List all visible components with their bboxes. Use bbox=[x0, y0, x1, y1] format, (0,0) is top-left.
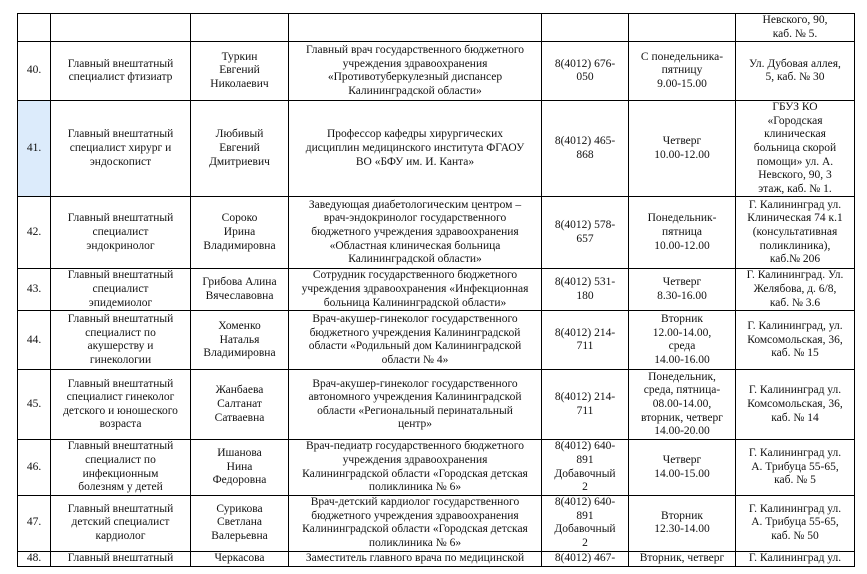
cell-name[interactable]: Грибова Алина Вячеславовна bbox=[191, 269, 289, 311]
cell-workplace[interactable] bbox=[289, 14, 542, 42]
cell-position[interactable]: Главный внештатный bbox=[51, 551, 191, 566]
cell-number[interactable] bbox=[18, 14, 51, 42]
cell-phone[interactable]: 8(4012) 640- 891 Добавочный 2 bbox=[542, 495, 629, 551]
cell-number[interactable]: 40. bbox=[18, 42, 51, 101]
cell-workplace[interactable]: Заместитель главного врача по медицинско… bbox=[289, 551, 542, 566]
cell-hours[interactable] bbox=[629, 14, 736, 42]
cell-hours[interactable]: Четверг 14.00-15.00 bbox=[629, 440, 736, 495]
cell-phone[interactable]: 8(4012) 214- 711 bbox=[542, 370, 629, 440]
cell-phone[interactable] bbox=[542, 14, 629, 42]
table-row: Невского, 90, каб. № 5. bbox=[18, 14, 855, 42]
cell-name[interactable]: Туркин Евгений Николаевич bbox=[191, 42, 289, 101]
cell-hours[interactable]: Вторник 12.00-14.00, среда 14.00-16.00 bbox=[629, 311, 736, 370]
cell-workplace[interactable]: Врач-акушер-гинеколог государственного б… bbox=[289, 311, 542, 370]
cell-phone[interactable]: 8(4012) 676- 050 bbox=[542, 42, 629, 101]
cell-position[interactable]: Главный внештатный специалист по инфекци… bbox=[51, 440, 191, 495]
cell-name[interactable] bbox=[191, 14, 289, 42]
cell-number-selected[interactable]: 41. bbox=[18, 101, 51, 197]
table-body: Невского, 90, каб. № 5. 40. Главный внеш… bbox=[18, 14, 855, 567]
cell-name[interactable]: Хоменко Наталья Владимировна bbox=[191, 311, 289, 370]
table-row: 43. Главный внештатный специалист эпидем… bbox=[18, 269, 855, 311]
cell-position[interactable]: Главный внештатный специалист эндокринол… bbox=[51, 197, 191, 269]
cell-phone[interactable]: 8(4012) 578- 657 bbox=[542, 197, 629, 269]
table-row: 47. Главный внештатный детский специалис… bbox=[18, 495, 855, 551]
cell-phone[interactable]: 8(4012) 640- 891 Добавочный 2 bbox=[542, 440, 629, 495]
cell-address[interactable]: Г. Калининград. Ул. Желябова, д. 6/8, ка… bbox=[736, 269, 855, 311]
cell-workplace[interactable]: Сотрудник государственного бюджетного уч… bbox=[289, 269, 542, 311]
cell-position[interactable]: Главный внештатный специалист по акушерс… bbox=[51, 311, 191, 370]
cell-hours[interactable]: Понедельник- пятница 10.00-12.00 bbox=[629, 197, 736, 269]
cell-address[interactable]: Г. Калининград ул. А. Трибуца 55-65, каб… bbox=[736, 440, 855, 495]
cell-position[interactable]: Главный внештатный специалист гинеколог … bbox=[51, 370, 191, 440]
cell-address[interactable]: Г. Калининград, ул. Комсомольская, 36, к… bbox=[736, 311, 855, 370]
cell-phone[interactable]: 8(4012) 214- 711 bbox=[542, 311, 629, 370]
cell-address[interactable]: Г. Калининград ул. bbox=[736, 551, 855, 566]
cell-name[interactable]: Черкасова bbox=[191, 551, 289, 566]
cell-address[interactable]: Г. Калининград ул. А. Трибуца 55-65, каб… bbox=[736, 495, 855, 551]
cell-name[interactable]: Любивый Евгений Дмитриевич bbox=[191, 101, 289, 197]
cell-workplace[interactable]: Главный врач государственного бюджетного… bbox=[289, 42, 542, 101]
cell-name[interactable]: Ишанова Нина Федоровна bbox=[191, 440, 289, 495]
table-row: 46. Главный внештатный специалист по инф… bbox=[18, 440, 855, 495]
cell-position[interactable]: Главный внештатный детский специалист ка… bbox=[51, 495, 191, 551]
cell-workplace[interactable]: Врач-акушер-гинеколог государственного а… bbox=[289, 370, 542, 440]
table-row: 40. Главный внештатный специалист фтизиа… bbox=[18, 42, 855, 101]
table-row: 45. Главный внештатный специалист гинеко… bbox=[18, 370, 855, 440]
cell-hours[interactable]: Вторник, четверг bbox=[629, 551, 736, 566]
cell-name[interactable]: Сороко Ирина Владимировна bbox=[191, 197, 289, 269]
cell-position[interactable] bbox=[51, 14, 191, 42]
table-row: 41. Главный внештатный специалист хирург… bbox=[18, 101, 855, 197]
cell-name[interactable]: Сурикова Светлана Валерьевна bbox=[191, 495, 289, 551]
cell-number[interactable]: 46. bbox=[18, 440, 51, 495]
table-row: 42. Главный внештатный специалист эндокр… bbox=[18, 197, 855, 269]
table-row: 48. Главный внештатный Черкасова Замести… bbox=[18, 551, 855, 566]
cell-position[interactable]: Главный внештатный специалист фтизиатр bbox=[51, 42, 191, 101]
cell-address[interactable]: Г. Калининград ул. Клиническая 74 к.1 (к… bbox=[736, 197, 855, 269]
cell-workplace[interactable]: Врач-детский кардиолог государственного … bbox=[289, 495, 542, 551]
cell-address[interactable]: Невского, 90, каб. № 5. bbox=[736, 14, 855, 42]
cell-number[interactable]: 43. bbox=[18, 269, 51, 311]
cell-workplace[interactable]: Профессор кафедры хирургических дисципли… bbox=[289, 101, 542, 197]
cell-workplace[interactable]: Врач-педиатр государственного бюджетного… bbox=[289, 440, 542, 495]
cell-number[interactable]: 48. bbox=[18, 551, 51, 566]
cell-position[interactable]: Главный внештатный специалист эпидемиоло… bbox=[51, 269, 191, 311]
cell-hours[interactable]: Четверг 8.30-16.00 bbox=[629, 269, 736, 311]
cell-position[interactable]: Главный внештатный специалист хирург и э… bbox=[51, 101, 191, 197]
cell-hours[interactable]: Четверг 10.00-12.00 bbox=[629, 101, 736, 197]
cell-number[interactable]: 44. bbox=[18, 311, 51, 370]
specialists-table: Невского, 90, каб. № 5. 40. Главный внеш… bbox=[17, 13, 855, 567]
cell-phone[interactable]: 8(4012) 465- 868 bbox=[542, 101, 629, 197]
cell-hours[interactable]: Понедельник, среда, пятница- 08.00-14.00… bbox=[629, 370, 736, 440]
cell-address[interactable]: Ул. Дубовая аллея, 5, каб. № 30 bbox=[736, 42, 855, 101]
cell-hours[interactable]: С понедельника- пятницу 9.00-15.00 bbox=[629, 42, 736, 101]
table-row: 44. Главный внештатный специалист по аку… bbox=[18, 311, 855, 370]
cell-number[interactable]: 42. bbox=[18, 197, 51, 269]
cell-number[interactable]: 47. bbox=[18, 495, 51, 551]
cell-name[interactable]: Жанбаева Салтанат Сатваевна bbox=[191, 370, 289, 440]
cell-phone[interactable]: 8(4012) 467- bbox=[542, 551, 629, 566]
cell-workplace[interactable]: Заведующая диабетологическим центром – в… bbox=[289, 197, 542, 269]
cell-hours[interactable]: Вторник 12.30-14.00 bbox=[629, 495, 736, 551]
cell-address[interactable]: Г. Калининград ул. Комсомольская, 36, ка… bbox=[736, 370, 855, 440]
cell-address[interactable]: ГБУЗ КО «Городская клиническая больница … bbox=[736, 101, 855, 197]
cell-number[interactable]: 45. bbox=[18, 370, 51, 440]
cell-phone[interactable]: 8(4012) 531- 180 bbox=[542, 269, 629, 311]
